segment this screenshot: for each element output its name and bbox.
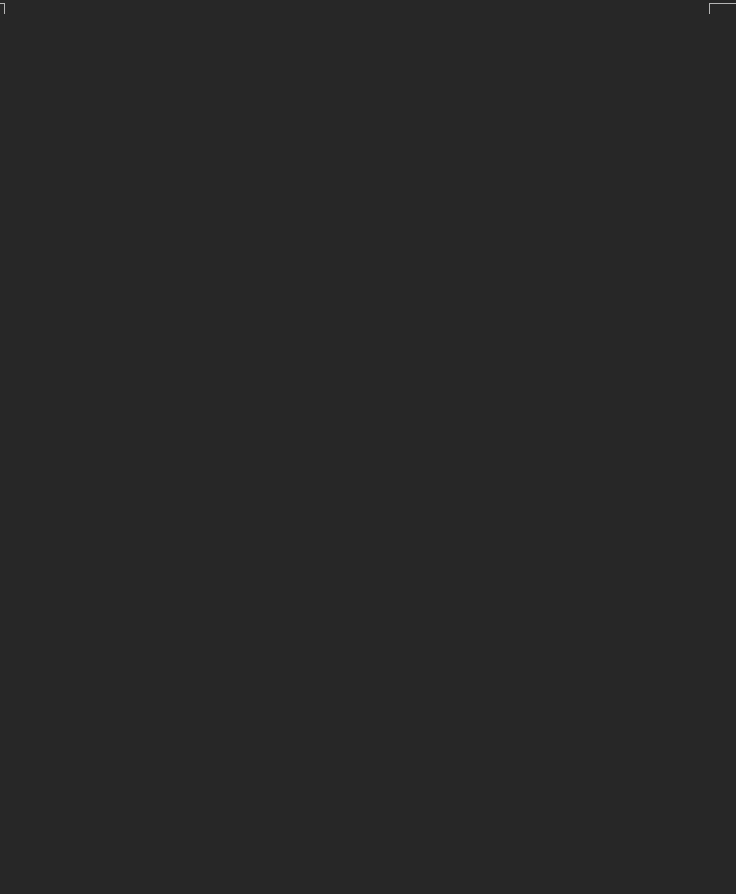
document-page (0, 0, 736, 5)
